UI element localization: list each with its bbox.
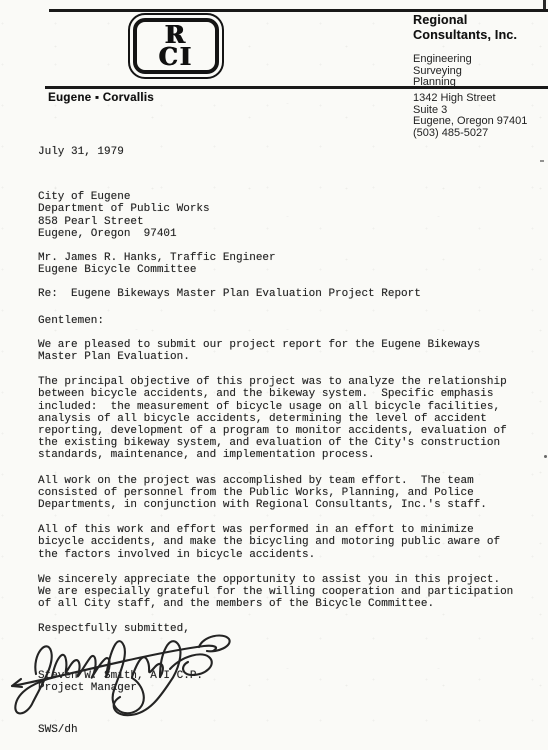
rci-logo-inner-frame: R CI	[133, 18, 219, 74]
scan-artifact-dash	[540, 160, 544, 162]
letterhead-top-rule	[49, 9, 548, 12]
office-locations: Eugene ▪ Corvallis	[48, 92, 154, 104]
paragraph-1: We are pleased to submit our project rep…	[38, 339, 516, 363]
recipient-address: City of Eugene Department of Public Work…	[38, 191, 516, 240]
signature-block: Steven W. Smith, A.I.C.P. Project Manage…	[38, 636, 516, 724]
scan-artifact-dot	[544, 455, 547, 458]
rci-logo-letters-ci: CI	[159, 46, 193, 68]
paragraph-3: All work on the project was accomplished…	[38, 475, 516, 512]
closing-line: Respectfully submitted,	[38, 623, 516, 635]
letter-date: July 31, 1979	[38, 146, 516, 158]
typist-initials: SWS/dh	[38, 724, 516, 736]
rci-logo: R CI	[128, 13, 224, 79]
paragraph-4: All of this work and effort was performe…	[38, 524, 516, 561]
paragraph-2: The principal objective of this project …	[38, 376, 516, 461]
attention-lines: Mr. James R. Hanks, Traffic Engineer Eug…	[38, 252, 516, 276]
company-address: 1342 High Street Suite 3 Eugene, Oregon …	[413, 93, 527, 139]
scanned-letter-page: R CI Regional Consultants, Inc. Engineer…	[0, 0, 548, 750]
company-name: Regional Consultants, Inc.	[413, 13, 517, 42]
services-list: Engineering Surveying Planning	[413, 54, 517, 89]
salutation: Gentlemen:	[38, 315, 516, 327]
scan-artifact-corner	[543, 0, 546, 9]
signer-name: Steven W. Smith, A.I.C.P.	[38, 670, 203, 682]
service-engineering: Engineering	[413, 54, 517, 66]
letter-body: July 31, 1979 City of Eugene Department …	[38, 146, 516, 736]
letterhead-mid-rule	[45, 86, 548, 89]
paragraph-5: We sincerely appreciate the opportunity …	[38, 574, 516, 611]
subject-line: Re: Eugene Bikeways Master Plan Evaluati…	[38, 288, 516, 300]
signer-title: Project Manager	[38, 682, 137, 694]
company-block: Regional Consultants, Inc. Engineering S…	[413, 13, 517, 89]
